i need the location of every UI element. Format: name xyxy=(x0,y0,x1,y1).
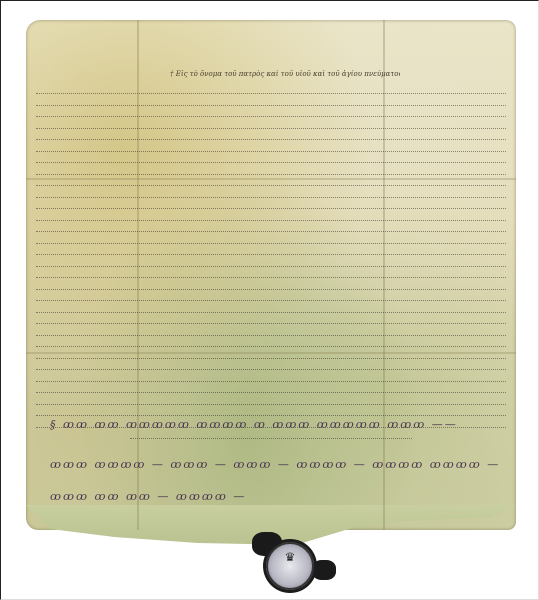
signature-row-2: ꝏꝏꝏ ꝏꝏꝏꝏ — ꝏꝏꝏ — ꝏꝏꝏ — ꝏꝏꝏꝏ — ꝏꝏꝏꝏ ꝏꝏꝏꝏ … xyxy=(50,458,500,471)
signature-row-1: § ꝏꝏ ꝏꝏ ꝏꝏꝏꝏꝏ ꝏꝏꝏꝏ ꝏ ꝏꝏꝏ ꝏꝏꝏꝏꝏ ꝏꝏꝏ —— xyxy=(50,418,458,431)
invocation-heading: † Εἰς τὸ ὄνομα τοῦ πατρὸς καὶ τοῦ υἱοῦ κ… xyxy=(170,70,400,78)
manuscript-body-text xyxy=(36,92,506,449)
seal: ♛ xyxy=(266,542,314,590)
double-headed-eagle-icon: ♛ xyxy=(268,550,312,564)
wax-blob xyxy=(312,560,336,580)
signature-row-3: ꝏꝏꝏ ꝏꝏ ꝏꝏ — ꝏꝏꝏꝏ — xyxy=(50,490,246,503)
